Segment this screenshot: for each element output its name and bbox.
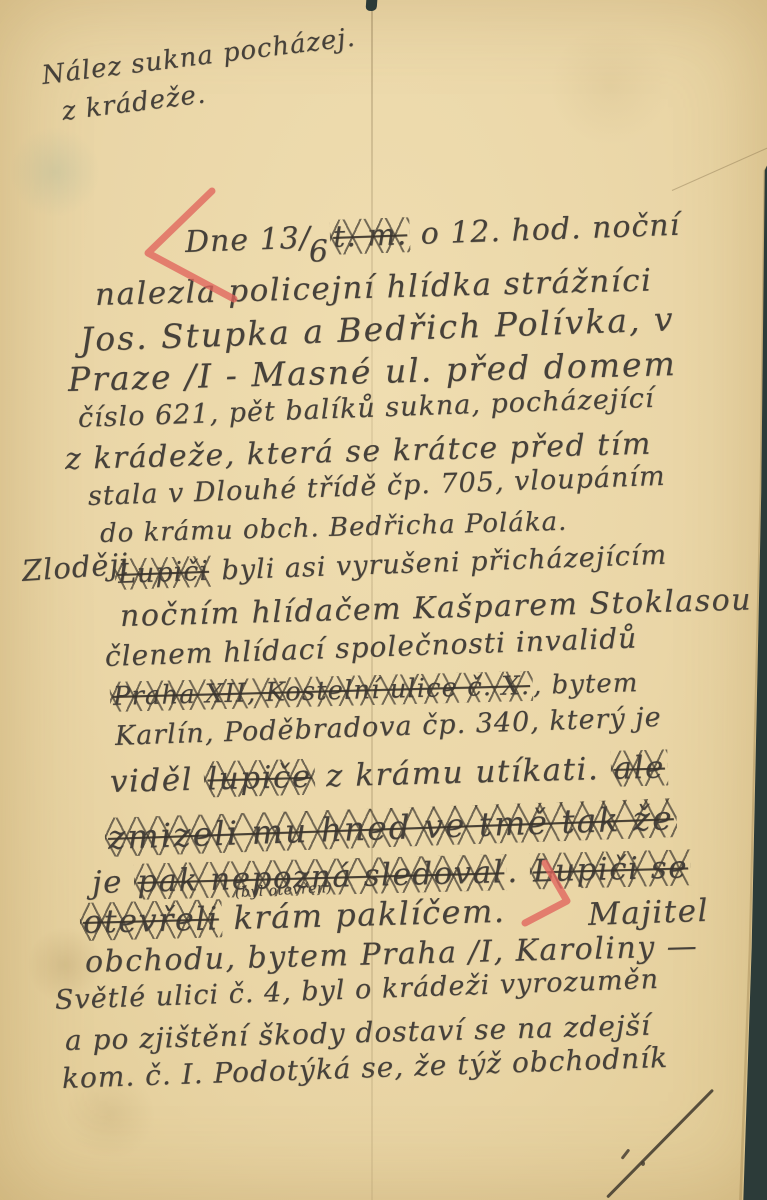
scanned-manuscript-page: Nález sukna pocházej.z krádeže.Dne 13/6t…	[0, 0, 767, 1200]
handwritten-text: Majitel	[587, 893, 709, 933]
manuscript-line: nočním hlídačem Kašparem Stoklasou	[120, 583, 753, 633]
red-close-chevron-mark	[515, 855, 577, 931]
manuscript-line: Lupiči byli asi vyrušeni přicházejícím	[114, 541, 667, 590]
handwritten-text: o 12. hod. noční	[410, 208, 681, 252]
manuscript-line: zmizeli mu hned ve tmě tak že	[104, 800, 677, 856]
struck-text: Lupiči	[114, 556, 212, 590]
manuscript-line: viděl lupiče z krámu utíkati. ale	[110, 750, 669, 799]
handwritten-text: do krámu obch. Bedřicha Poláka.	[100, 507, 568, 549]
manuscript-line: Karlín, Poděbradova čp. 340, který je	[114, 703, 662, 752]
manuscript-line: otevřeli krám paklíčem.	[80, 894, 506, 940]
fold-line	[371, 0, 373, 1200]
struck-text: Praha XII, Kostelní ulice č. X.	[110, 671, 534, 712]
handwritten-text: je	[92, 864, 135, 901]
manuscript-line: Majitel	[587, 894, 709, 932]
handwritten-text: , bytem	[533, 668, 639, 701]
handwritten-text: z krámu utíkati.	[314, 751, 611, 795]
handwritten-text: byli asi vyrušeni přicházejícím	[211, 540, 667, 587]
manuscript-line: do krámu obch. Bedřicha Poláka.	[100, 508, 568, 549]
handwritten-text: paklíčem.	[335, 892, 506, 934]
manuscript-layer: Nález sukna pocházej.z krádeže.Dne 13/6t…	[0, 0, 767, 1200]
struck-text: otevřeli	[79, 899, 222, 941]
handwritten-text: 6	[308, 235, 329, 269]
manuscript-line: Dne 13/6t. m. o 12. hod. noční	[184, 209, 680, 259]
struck-text: zmizeli mu hned ve tmě tak že	[104, 798, 677, 857]
handwritten-text: krám	[221, 896, 335, 937]
heading-line-2: z krádeže.	[60, 80, 207, 126]
red-open-chevron-mark	[136, 183, 248, 307]
struck-text: ale	[610, 749, 668, 786]
manuscript-line: je pak nepozná sledoval. Lupiči se	[92, 850, 692, 900]
handwritten-text: z krádeže.	[60, 79, 208, 126]
end-mark-dot	[641, 1161, 645, 1166]
struck-text: lupiče	[204, 759, 315, 798]
handwritten-text: viděl	[110, 762, 205, 800]
handwritten-text: nočním hlídačem Kašparem Stoklasou	[120, 582, 753, 634]
